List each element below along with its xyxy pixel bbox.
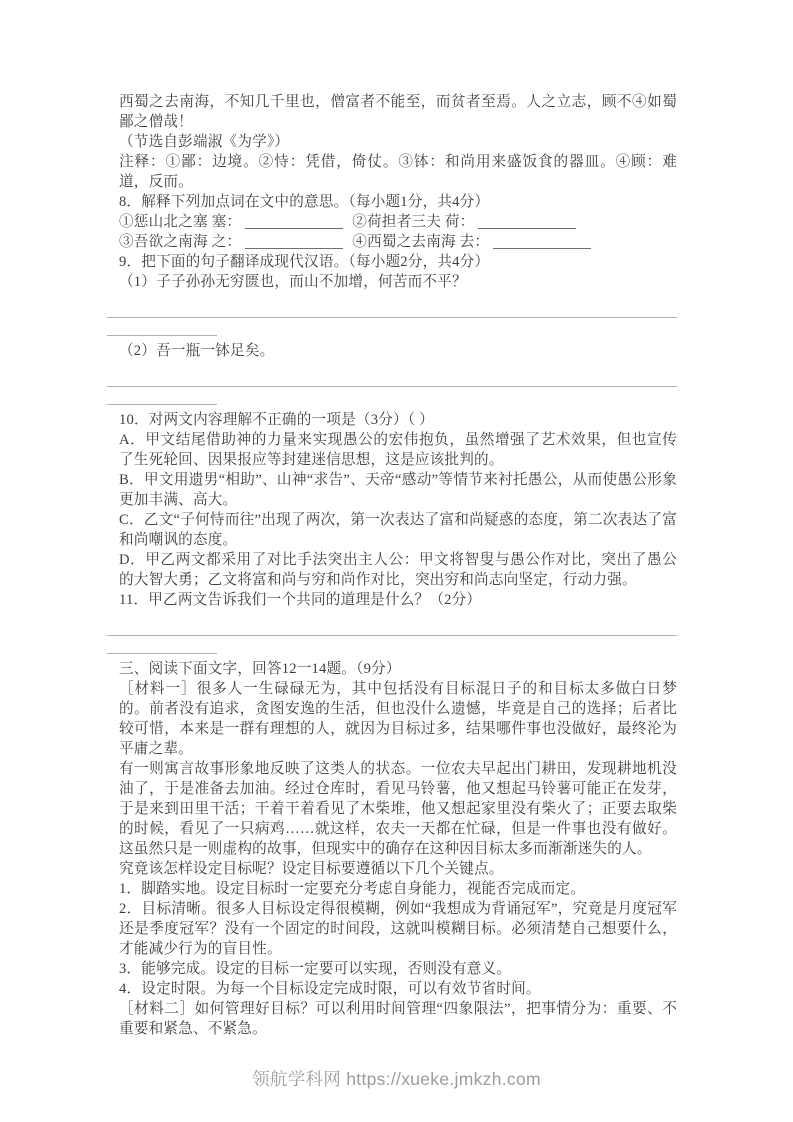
fill-in-label: ④西蜀之去南海 去：	[352, 232, 489, 252]
fill-in-label: ②荷担者三夫 荷：	[352, 212, 474, 232]
key-point-4: 4．设定时限。为每一个目标设定完成时限，可以有效节省时间。	[119, 979, 677, 999]
annotations-line: 注释：①鄙：边境。②恃：凭借，倚仗。③钵：和尚用来盛饭食的器皿。④顾：难道，反而…	[119, 152, 677, 192]
material-1-paragraph-1: ［材料一］很多人一生碌碌无为，其中包括没有目标混日子的和目标太多做白日梦的。前者…	[119, 679, 677, 759]
question-9-heading: 9．把下面的句子翻译成现代汉语。（每小题2分，共4分）	[119, 252, 677, 272]
fill-in-label: ③吾欲之南海 之：	[119, 232, 241, 252]
question-8-blanks-row-1: ①惩山北之塞 塞：②荷担者三夫 荷：	[119, 212, 677, 232]
answer-line-full-1	[107, 317, 677, 318]
question-11-heading: 11．甲乙两文告诉我们一个共同的道理是什么？（2分）	[119, 590, 677, 610]
question-8-heading: 8．解释下列加点词在文中的意思。（每小题1分，共4分）	[119, 192, 677, 212]
fill-in-item: ③吾欲之南海 之：	[119, 232, 352, 252]
question-8-blanks-row-2: ③吾欲之南海 之：④西蜀之去南海 去：	[119, 232, 677, 252]
key-point-3: 3．能够完成。设定的目标一定要可以实现，否则没有意义。	[119, 959, 677, 979]
answer-blank-line	[478, 228, 576, 229]
material-2-paragraph-1: ［材料二］如何管理好目标？可以利用时间管理“四象限法”，把事情分为：重要、不重要…	[119, 999, 677, 1039]
watermark-footer: 领航学科网 https://xueke.jmkzh.com	[0, 1066, 793, 1091]
passage-yi-ending-text: 西蜀之去南海，不知几千里也，僧富者不能至，而贫者至焉。人之立志，顾不④如蜀鄙之僧…	[119, 92, 677, 132]
answer-blank-line	[245, 248, 343, 249]
answer-blank-line	[245, 228, 343, 229]
answer-line-full-3	[107, 635, 677, 636]
answer-line-short-2	[107, 404, 217, 405]
answer-line-full-2	[107, 386, 677, 387]
section-3-heading: 三、阅读下面文字，回答12一14题。（9分）	[119, 659, 677, 679]
fill-in-item: ②荷担者三夫 荷：	[352, 212, 677, 232]
fill-in-item: ④西蜀之去南海 去：	[352, 232, 677, 252]
exam-document-page: 西蜀之去南海，不知几千里也，僧富者不能至，而贫者至焉。人之立志，顾不④如蜀鄙之僧…	[0, 0, 793, 1122]
question-9-item-1: （1）子子孙孙无穷匮也，而山不加增，何苦而不平？	[119, 272, 677, 292]
answer-line-short-1	[107, 335, 217, 336]
document-content: 西蜀之去南海，不知几千里也，僧富者不能至，而贫者至焉。人之立志，顾不④如蜀鄙之僧…	[119, 92, 677, 1039]
passage-source-note: （节选自彭端淑《为学》）	[119, 132, 677, 152]
fill-in-item: ①惩山北之塞 塞：	[119, 212, 352, 232]
question-10-option-b: B．甲文用遗男“相助”、山神“求告”、天帝“感动”等情节来衬托愚公，从而使愚公形…	[119, 470, 677, 510]
question-10-option-a: A．甲文结尾借助神的力量来实现愚公的宏伟抱负，虽然增强了艺术效果，但也宣传了生死…	[119, 430, 677, 470]
material-1-paragraph-3: 究竟该怎样设定目标呢？设定目标要遵循以下几个关键点。	[119, 859, 677, 879]
question-10-option-c: C．乙文“子何恃而往”出现了两次，第一次表达了富和尚疑惑的态度，第二次表达了富和…	[119, 510, 677, 550]
question-9-item-2: （2）吾一瓶一钵足矣。	[119, 341, 677, 361]
answer-blank-line	[493, 248, 591, 249]
answer-line-short-3	[107, 653, 217, 654]
material-1-paragraph-2: 有一则寓言故事形象地反映了这类人的状态。一位农夫早起出门耕田，发现耕地机没油了，…	[119, 759, 677, 859]
question-10-option-d: D．甲乙两文都采用了对比手法突出主人公：甲文将智叟与愚公作对比，突出了愚公的大智…	[119, 550, 677, 590]
key-point-2: 2．目标清晰。很多人目标设定得很模糊，例如“我想成为背诵冠军”，究竟是月度冠军还…	[119, 899, 677, 959]
key-point-1: 1．脚踏实地。设定目标时一定要充分考虑自身能力，视能否完成而定。	[119, 879, 677, 899]
fill-in-label: ①惩山北之塞 塞：	[119, 212, 241, 232]
question-10-heading: 10．对两文内容理解不正确的一项是（3分）（ ）	[119, 410, 677, 430]
